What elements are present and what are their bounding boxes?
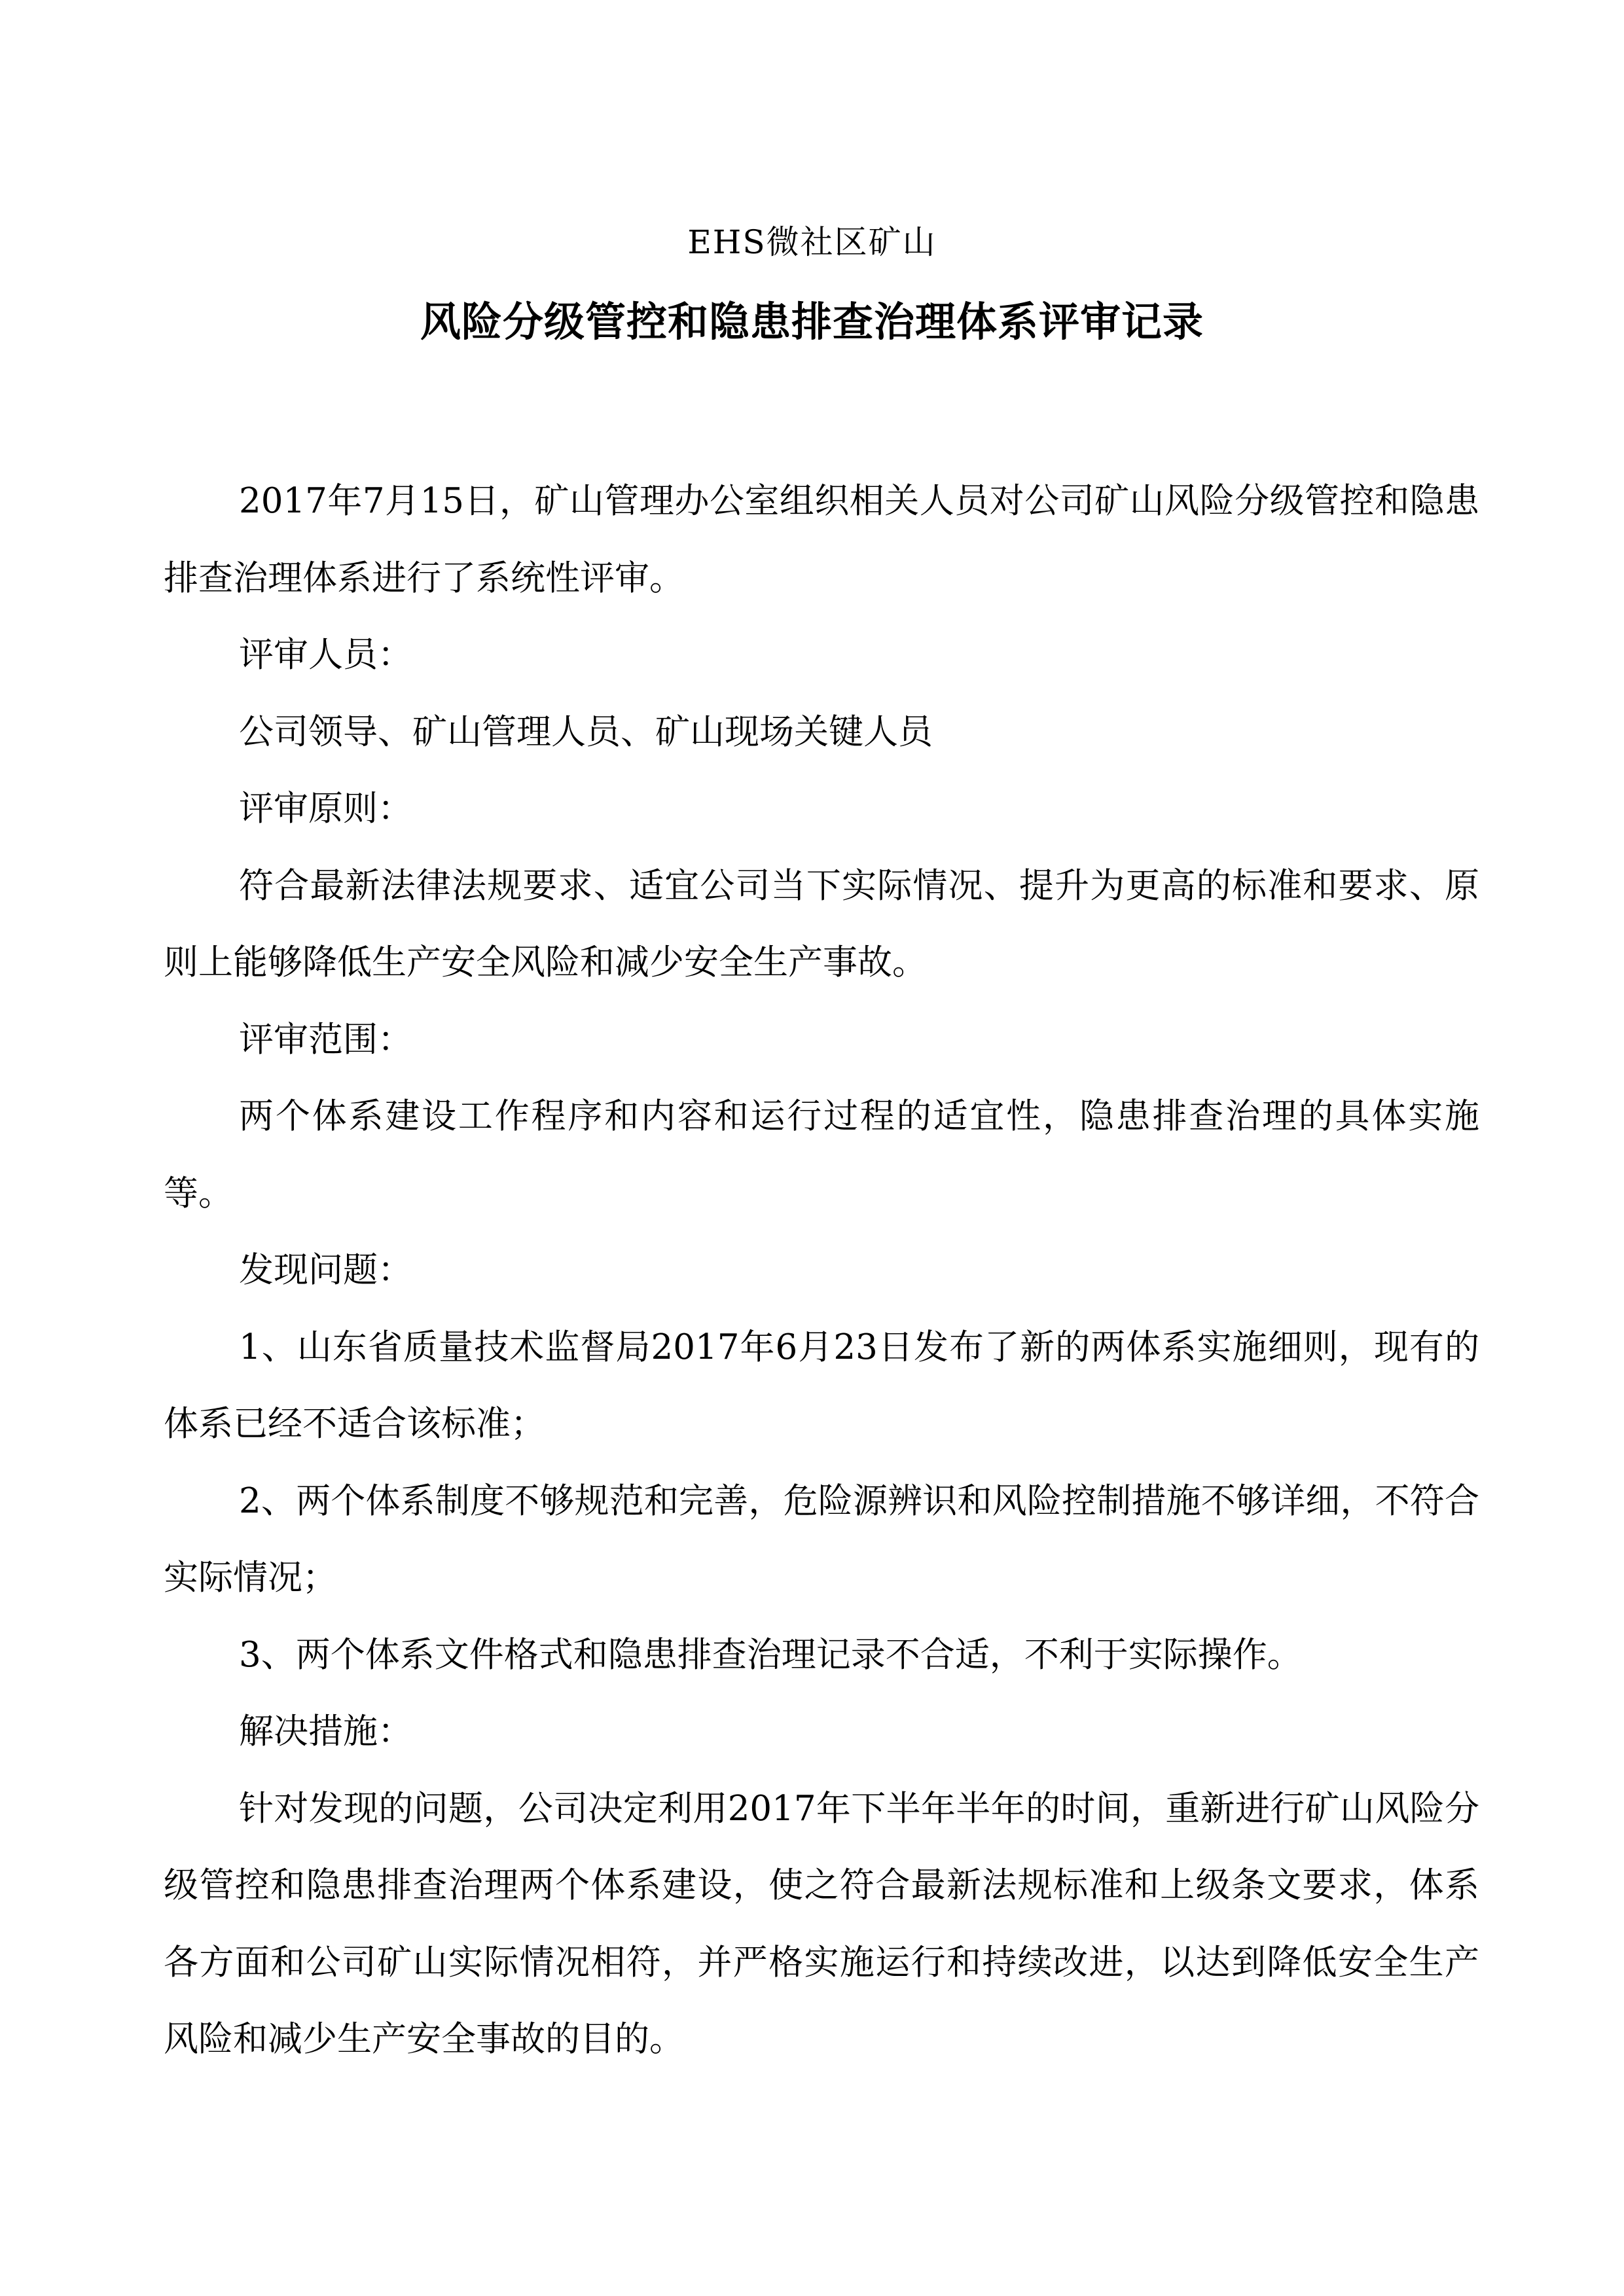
scope-label: 评审范围： xyxy=(164,1001,1479,1079)
document-title: 风险分级管控和隐患排查治理体系评审记录 xyxy=(0,296,1624,348)
principles-label: 评审原则： xyxy=(164,770,1479,848)
document-page: EHS微社区矿山 风险分级管控和隐患排查治理体系评审记录 2017年7月15日，… xyxy=(0,0,1624,2296)
principles-text: 符合最新法律法规要求、适宜公司当下实际情况、提升为更高的标准和要求、原则上能够降… xyxy=(164,848,1479,1001)
issues-label: 发现问题： xyxy=(164,1232,1479,1309)
issue-item-3: 3、两个体系文件格式和隐患排查治理记录不合适，不利于实际操作。 xyxy=(164,1617,1479,1694)
org-title: EHS微社区矿山 xyxy=(0,219,1624,265)
issue-item-1: 1、山东省质量技术监督局2017年6月23日发布了新的两体系实施细则，现有的体系… xyxy=(164,1309,1479,1463)
document-body: 2017年7月15日，矿山管理办公室组织相关人员对公司矿山风险分级管控和隐患排查… xyxy=(164,463,1479,2078)
scope-text: 两个体系建设工作程序和内容和运行过程的适宜性，隐患排查治理的具体实施等。 xyxy=(164,1078,1479,1232)
reviewers-text: 公司领导、矿山管理人员、矿山现场关键人员 xyxy=(164,694,1479,771)
measures-label: 解决措施： xyxy=(164,1693,1479,1770)
reviewers-label: 评审人员： xyxy=(164,617,1479,694)
measures-text: 针对发现的问题，公司决定利用2017年下半年半年的时间，重新进行矿山风险分级管控… xyxy=(164,1770,1479,2078)
issue-item-2: 2、两个体系制度不够规范和完善，危险源辨识和风险控制措施不够详细，不符合实际情况… xyxy=(164,1463,1479,1617)
intro-paragraph: 2017年7月15日，矿山管理办公室组织相关人员对公司矿山风险分级管控和隐患排查… xyxy=(164,463,1479,617)
